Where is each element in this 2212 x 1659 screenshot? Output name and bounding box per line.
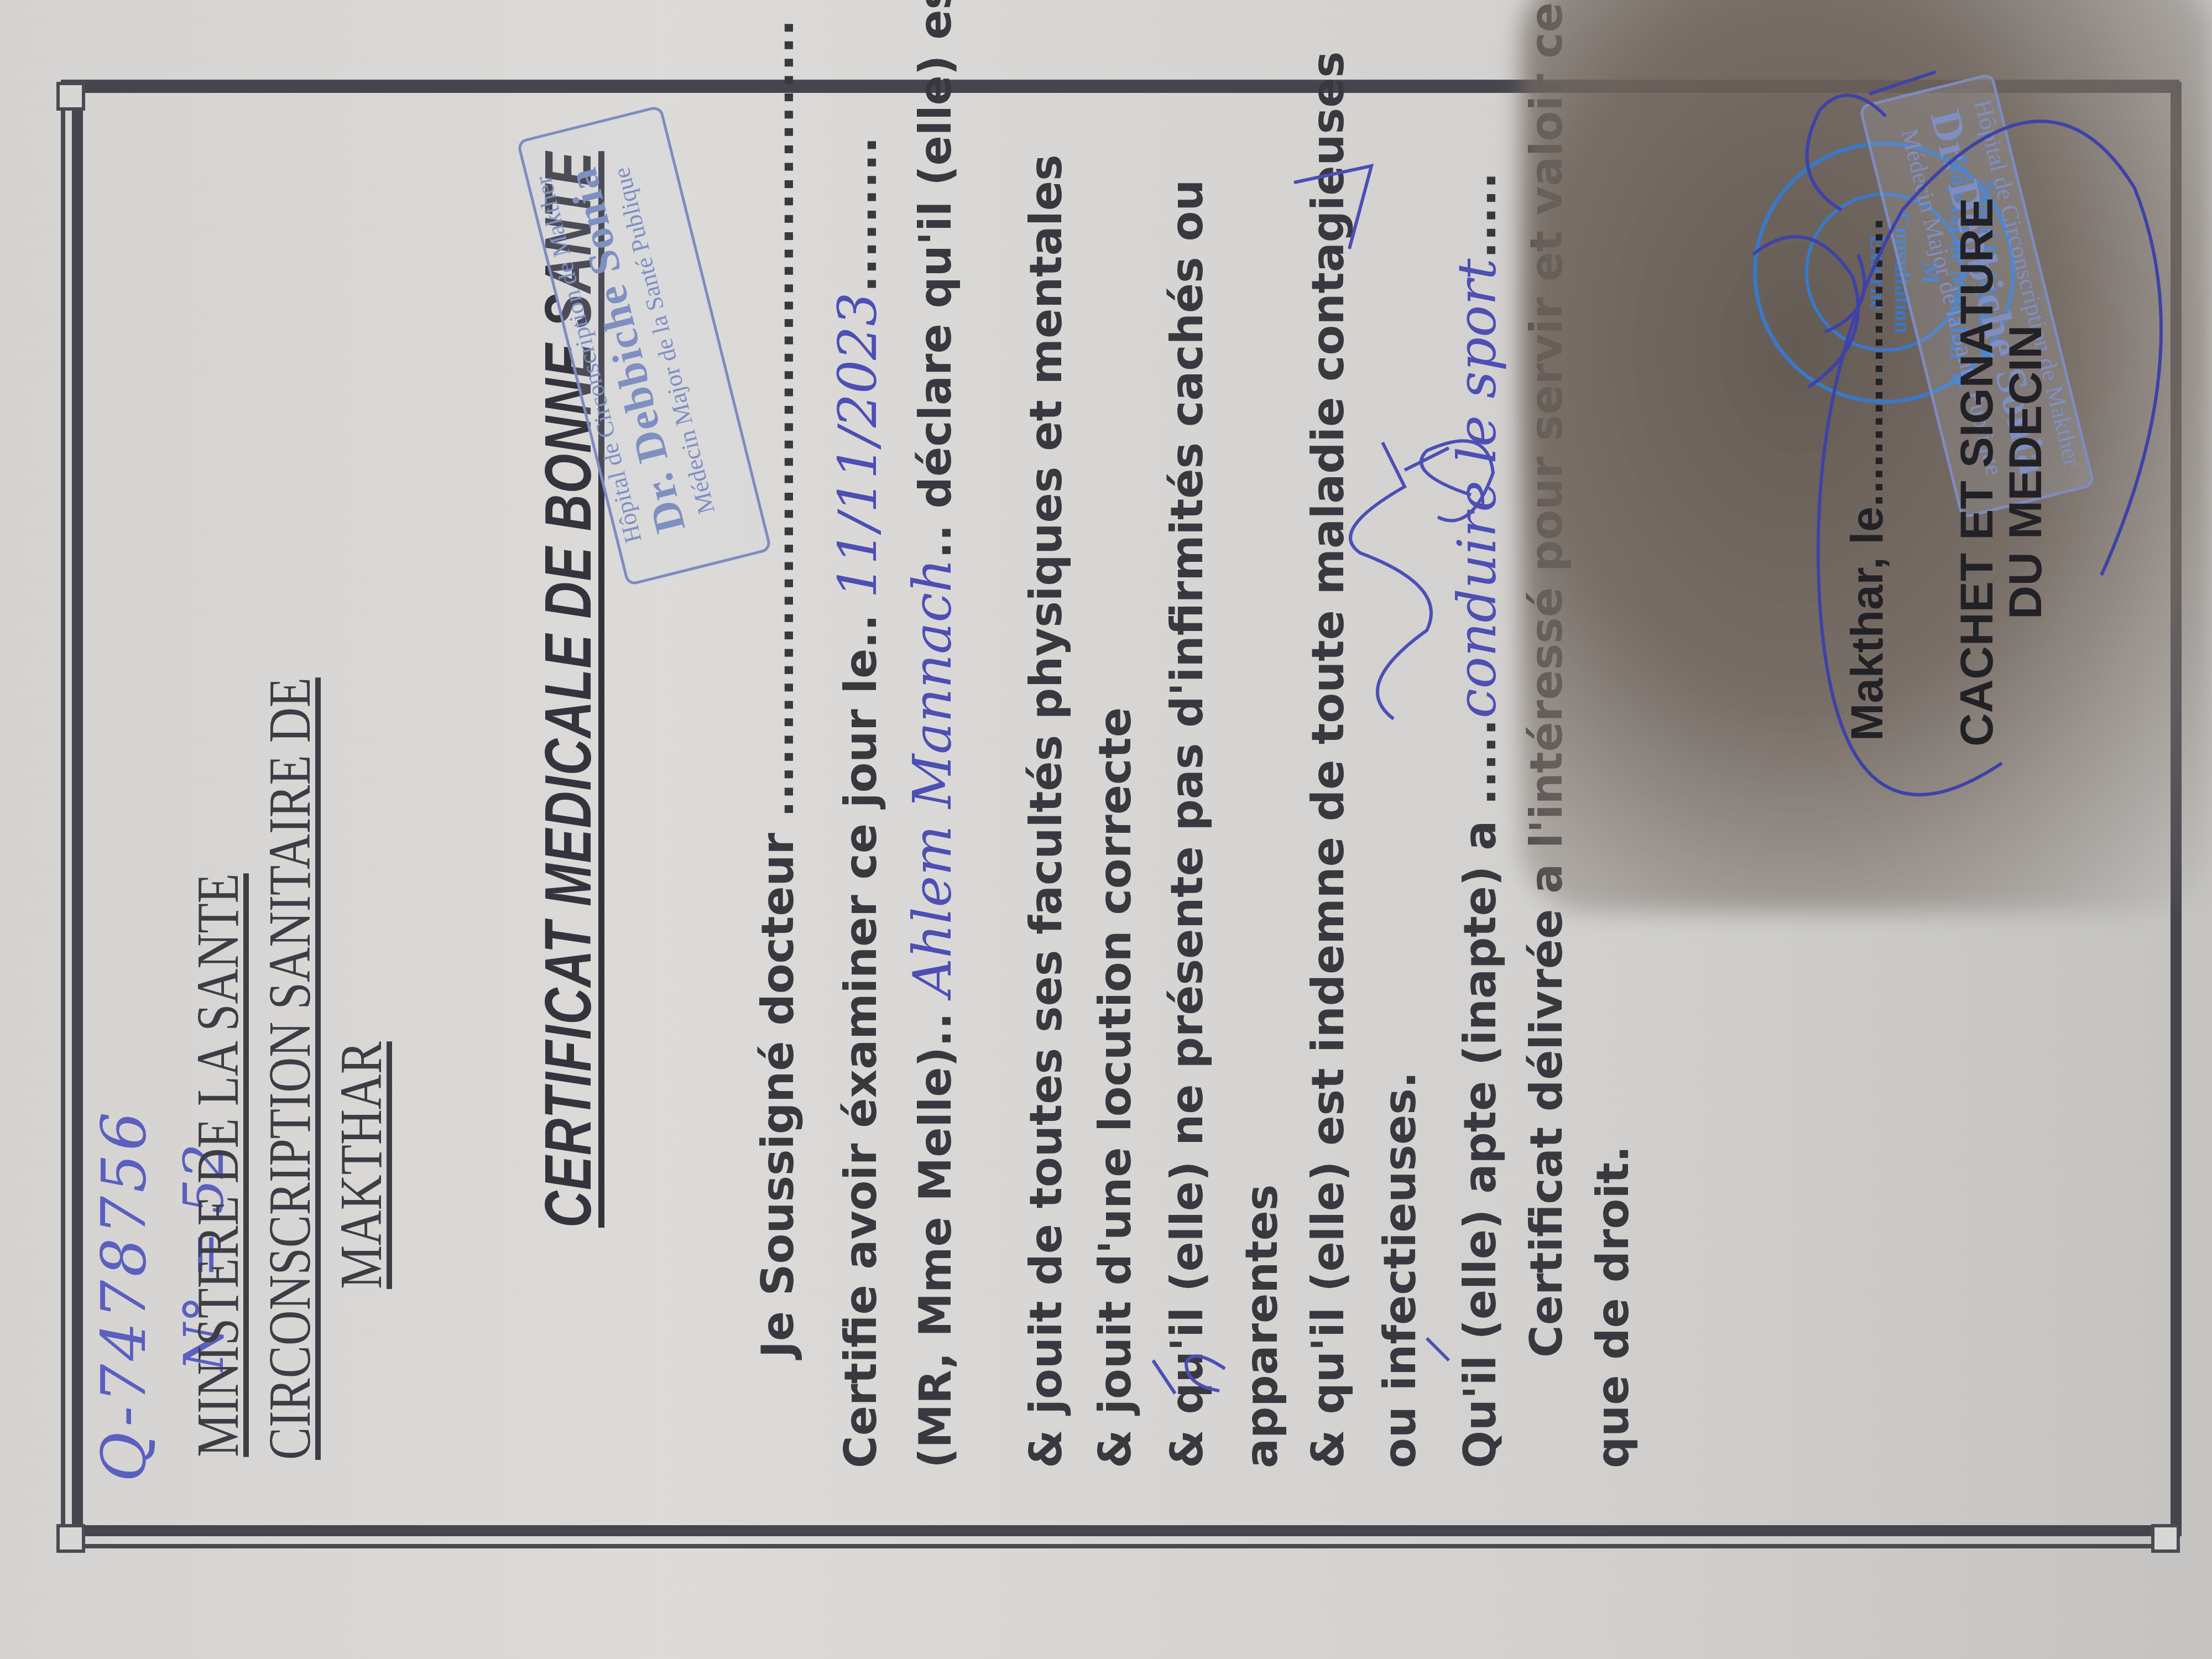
certificate-page: Q-7478756 N° = 52 MINISTERE DE LA SANTE … [0,0,2212,1659]
doctor-signature [0,0,2212,1659]
